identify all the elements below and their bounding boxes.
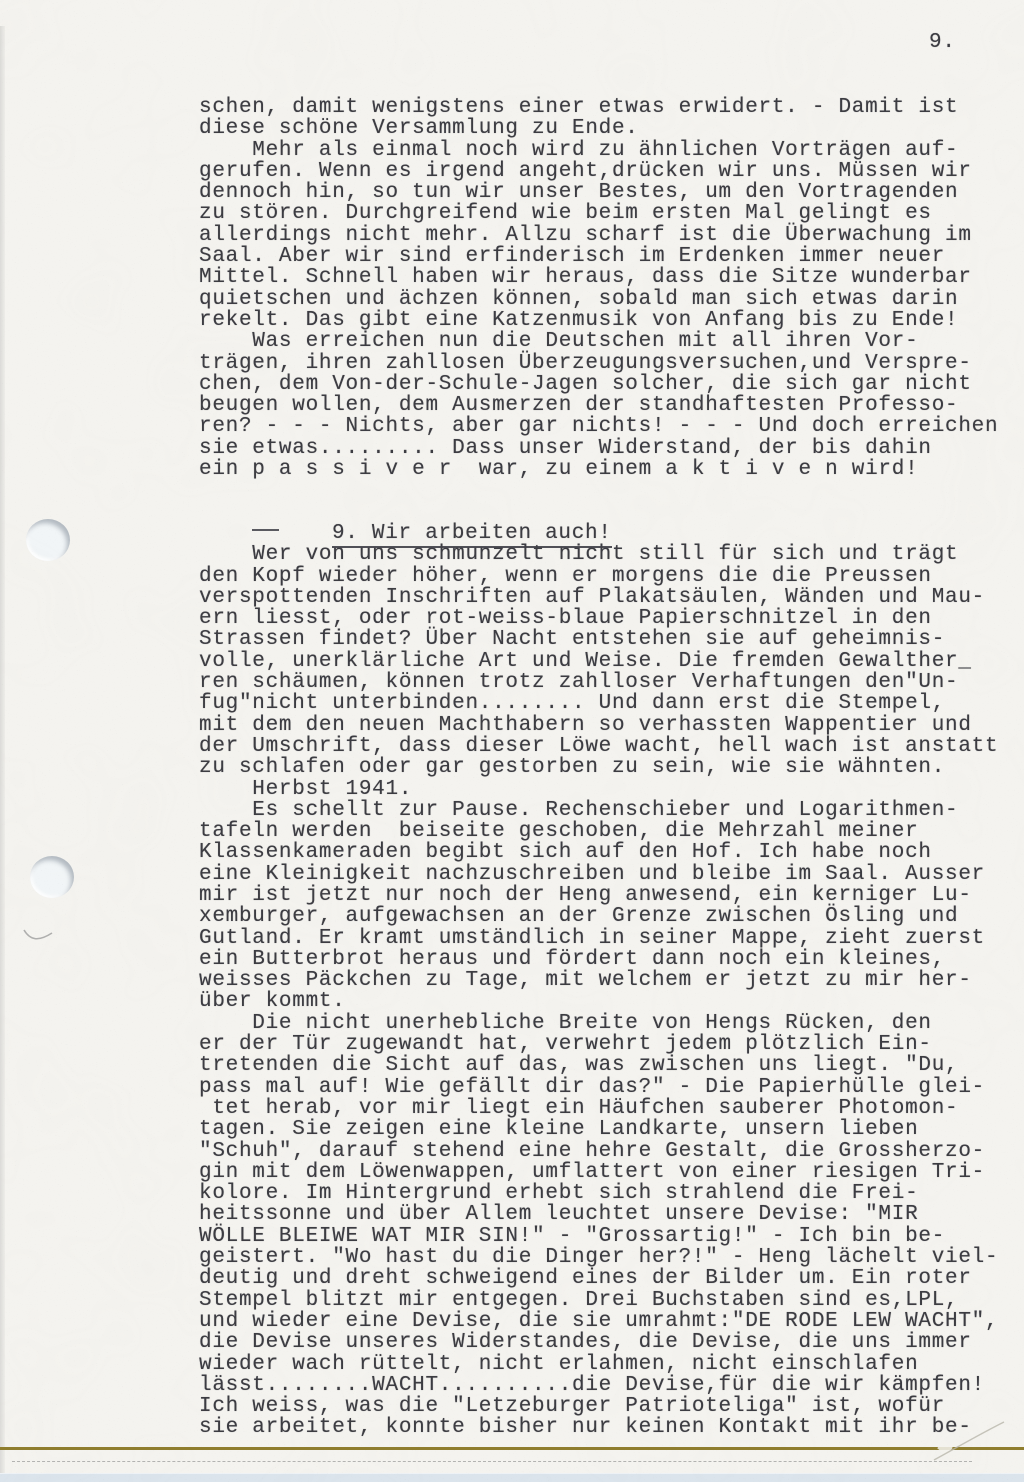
text-line: sie arbeitet, konnte bisher nur keinen K… <box>199 1417 998 1438</box>
paragraphs-before-heading: schen, damit wenigstens einer etwas erwi… <box>199 97 998 480</box>
text-line: zu stören. Durchgreifend wie beim ersten… <box>199 203 998 224</box>
text-line: tagen. Sie zeigen eine kleine Landkarte,… <box>199 1119 998 1140</box>
text-line: Mehr als einmal noch wird zu ähnlichen V… <box>199 140 998 161</box>
text-line: rekelt. Das gibt eine Katzenmusik von An… <box>199 310 998 331</box>
text-line: mir ist jetzt nur noch der Heng anwesend… <box>199 885 998 906</box>
text-line: ein p a s s i v e r war, zu einem a k t … <box>199 459 998 480</box>
text-line: verspottenden Inschriften auf Plakatsäul… <box>199 587 998 608</box>
text-line: den Kopf wieder höher, wenn er morgens d… <box>199 566 998 587</box>
bottom-dashed-line <box>12 1461 972 1462</box>
text-line: und wieder eine Devise, die sie umrahmt:… <box>199 1311 998 1332</box>
text-line: tet herab, vor mir liegt ein Häufchen sa… <box>199 1098 998 1119</box>
text-line: WÖLLE BLEIWE WAT MIR SIN!" - "Grossartig… <box>199 1226 998 1247</box>
text-line: Strassen findet? Über Nacht entstehen si… <box>199 629 998 650</box>
text-line: tafeln werden beiseite geschoben, die Me… <box>199 821 998 842</box>
text-line: fug"nicht unterbinden........ Und dann e… <box>199 693 998 714</box>
text-line: Gutland. Er kramt umständlich in seiner … <box>199 928 998 949</box>
text-line: Die nicht unerhebliche Breite von Hengs … <box>199 1013 998 1034</box>
text-line: Saal. Aber wir sind erfinderisch im Erde… <box>199 246 998 267</box>
text-line: chen, dem Von-der-Schule-Jagen solcher, … <box>199 374 998 395</box>
paragraphs-after-heading: Wer von uns schmunzelt nicht still für s… <box>199 544 998 1438</box>
text-line: quietschen und ächzen können, sobald man… <box>199 289 998 310</box>
text-line: Klassenkameraden begibt sich auf den Hof… <box>199 842 998 863</box>
text-line: sie etwas......... Dass unser Widerstand… <box>199 438 998 459</box>
scan-edge-shadow <box>0 26 5 1482</box>
text-line: kolore. Im Hintergrund erhebt sich strah… <box>199 1183 998 1204</box>
text-line: zu schlafen oder gar gestorben zu sein, … <box>199 757 998 778</box>
text-line: eine Kleinigkeit nachzuschreiben und ble… <box>199 864 998 885</box>
text-column: schen, damit wenigstens einer etwas erwi… <box>199 97 998 1439</box>
punch-hole-bottom <box>30 856 74 898</box>
text-line: ein Butterbrot heraus und fördert dann n… <box>199 949 998 970</box>
text-line: die Devise unseres Widerstandes, die Dev… <box>199 1332 998 1353</box>
bottom-olive-rule <box>0 1447 1024 1450</box>
pencil-squiggle-mark <box>22 924 56 950</box>
section-heading: 9. Wir arbeiten auch! <box>332 522 612 548</box>
blank-line <box>199 480 998 501</box>
punch-hole-top <box>26 519 70 561</box>
text-line: geistert. "Wo hast du die Dinger her?!" … <box>199 1247 998 1268</box>
text-line: "Schuh", darauf stehend eine hehre Gesta… <box>199 1141 998 1162</box>
text-line: Es schellt zur Pause. Rechenschieber und… <box>199 800 998 821</box>
text-line: xemburger, aufgewachsen an der Grenze zw… <box>199 906 998 927</box>
text-line: Mittel. Schnell haben wir heraus, dass d… <box>199 267 998 288</box>
text-line: er der Tür zugewandt hat, verwehrt jedem… <box>199 1034 998 1055</box>
text-line: tretenden die Sicht auf das, was zwische… <box>199 1055 998 1076</box>
text-line: diese schöne Versammlung zu Ende. <box>199 118 998 139</box>
heading-underline-dash <box>252 529 279 531</box>
text-line: volle, unerklärliche Art und Weise. Die … <box>199 651 998 672</box>
text-line: weisses Päckchen zu Tage, mit welchem er… <box>199 970 998 991</box>
text-line: allerdings nicht mehr. Allzu scharf ist … <box>199 225 998 246</box>
text-line: über kommt. <box>199 991 998 1012</box>
page-number: 9. <box>929 32 956 53</box>
scan-bottom-band <box>0 1473 1024 1482</box>
text-line: Stempel blitzt mir entgegen. Drei Buchst… <box>199 1290 998 1311</box>
text-line: Was erreichen nun die Deutschen mit all … <box>199 331 998 352</box>
scanned-typewritten-page: 9. schen, damit wenigstens einer etwas e… <box>0 0 1024 1482</box>
section-heading-row: 9. Wir arbeiten auch! <box>199 502 998 523</box>
text-line: pass mal auf! Wie gefällt dir das?" - Di… <box>199 1077 998 1098</box>
text-line: gin mit dem Löwenwappen, umflattert von … <box>199 1162 998 1183</box>
text-line: ren schäumen, können trotz zahlloser Ver… <box>199 672 998 693</box>
text-line: mit dem den neuen Machthabern so verhass… <box>199 715 998 736</box>
text-line: Herbst 1941. <box>199 779 998 800</box>
text-line: deutig und dreht schweigend eines der Bi… <box>199 1268 998 1289</box>
text-line: wieder wach rüttelt, nicht erlahmen, nic… <box>199 1354 998 1375</box>
text-line: ren? - - - Nichts, aber gar nichts! - - … <box>199 416 998 437</box>
bottom-rule-crease-gap <box>937 1440 953 1455</box>
text-line: Ich weiss, was die "Letzeburger Patriote… <box>199 1396 998 1417</box>
text-line: heitssonne und über Allem leuchtet unser… <box>199 1204 998 1225</box>
text-line: schen, damit wenigstens einer etwas erwi… <box>199 97 998 118</box>
text-line: gerufen. Wenn es irgend angeht,drücken w… <box>199 161 998 182</box>
text-line: dennoch hin, so tun wir unser Bestes, um… <box>199 182 998 203</box>
text-line: lässt........WACHT..........die Devise,f… <box>199 1375 998 1396</box>
text-line: trägen, ihren zahllosen Überzeugungsvers… <box>199 353 998 374</box>
text-line: ern liesst, oder rot-weiss-blaue Papiers… <box>199 608 998 629</box>
text-line: beugen wollen, dem Ausmerzen der standha… <box>199 395 998 416</box>
text-line: der Umschrift, dass dieser Löwe wacht, h… <box>199 736 998 757</box>
